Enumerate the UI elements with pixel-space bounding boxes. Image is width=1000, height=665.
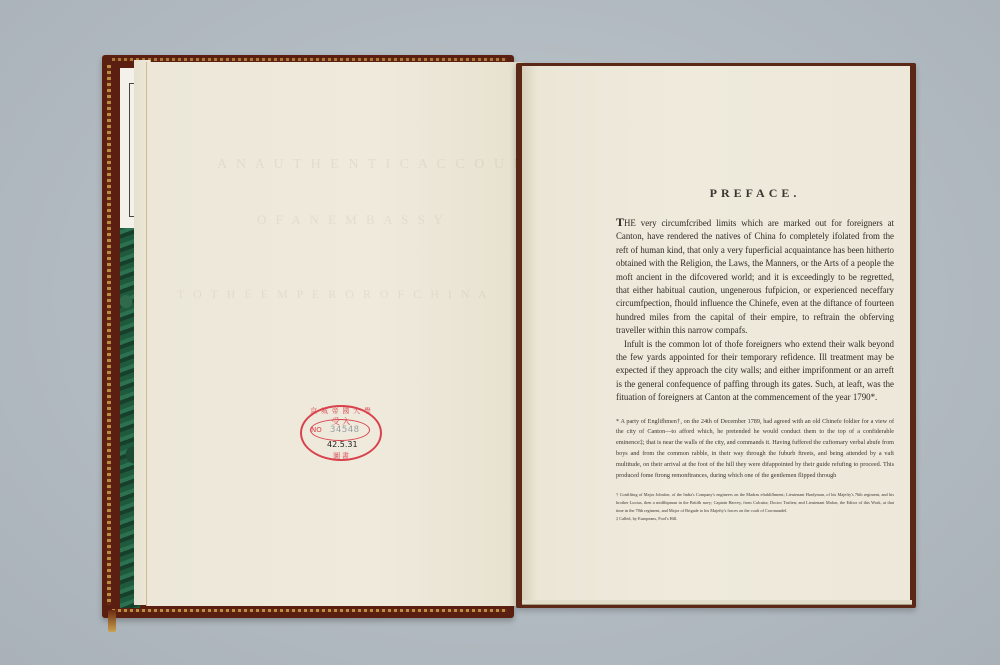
preface-paragraph-2: Infult is the common lot of thofe foreig… xyxy=(616,338,894,405)
preface-paragraph-1: THE very circumfcribed limits which are … xyxy=(616,216,894,338)
show-through-line-1: A N A U T H E N T I C A C C O U N T xyxy=(217,157,544,173)
footnote-star: * A party of Englifhmen†, on the 24th of… xyxy=(616,417,894,482)
footnote-double-dagger: ‡ Called, by Europeans, Fool's Hill. xyxy=(616,515,894,523)
preface-title: PREFACE. xyxy=(616,186,894,201)
library-stamp: 京 城 帝 國 大 學 受 入 NO 34548 42.5.31 圖 書 xyxy=(300,405,382,461)
stamp-no-label: NO xyxy=(311,426,322,434)
stamp-bottom-text: 圖 書 xyxy=(302,451,380,461)
stamp-accession-number: 34548 xyxy=(330,425,360,435)
paragraph-1-text: HE very circumfcribed limits which are m… xyxy=(616,218,894,335)
drop-cap: T xyxy=(616,215,624,229)
left-page: A N A U T H E N T I C A C C O U N T O F … xyxy=(146,62,523,606)
show-through-line-2: O F A N E M B A S S Y xyxy=(257,212,446,228)
gilt-tooling-bottom xyxy=(112,609,507,612)
footnote-dagger: † Confifting of Major Johnfon, of the In… xyxy=(616,491,894,514)
corner-tassel xyxy=(108,610,116,632)
gilt-tooling-left xyxy=(107,65,111,605)
gilt-tooling-top xyxy=(112,58,507,61)
page-block-edge xyxy=(522,600,912,605)
preface-text-block: PREFACE. THE very circumfcribed limits w… xyxy=(616,186,894,523)
stamp-date: 42.5.31 xyxy=(327,440,358,449)
stamp-ring-text: 京 城 帝 國 大 學 xyxy=(302,406,380,416)
show-through-line-3: T O T H E E M P E R O R O F C H I N A xyxy=(177,287,490,302)
